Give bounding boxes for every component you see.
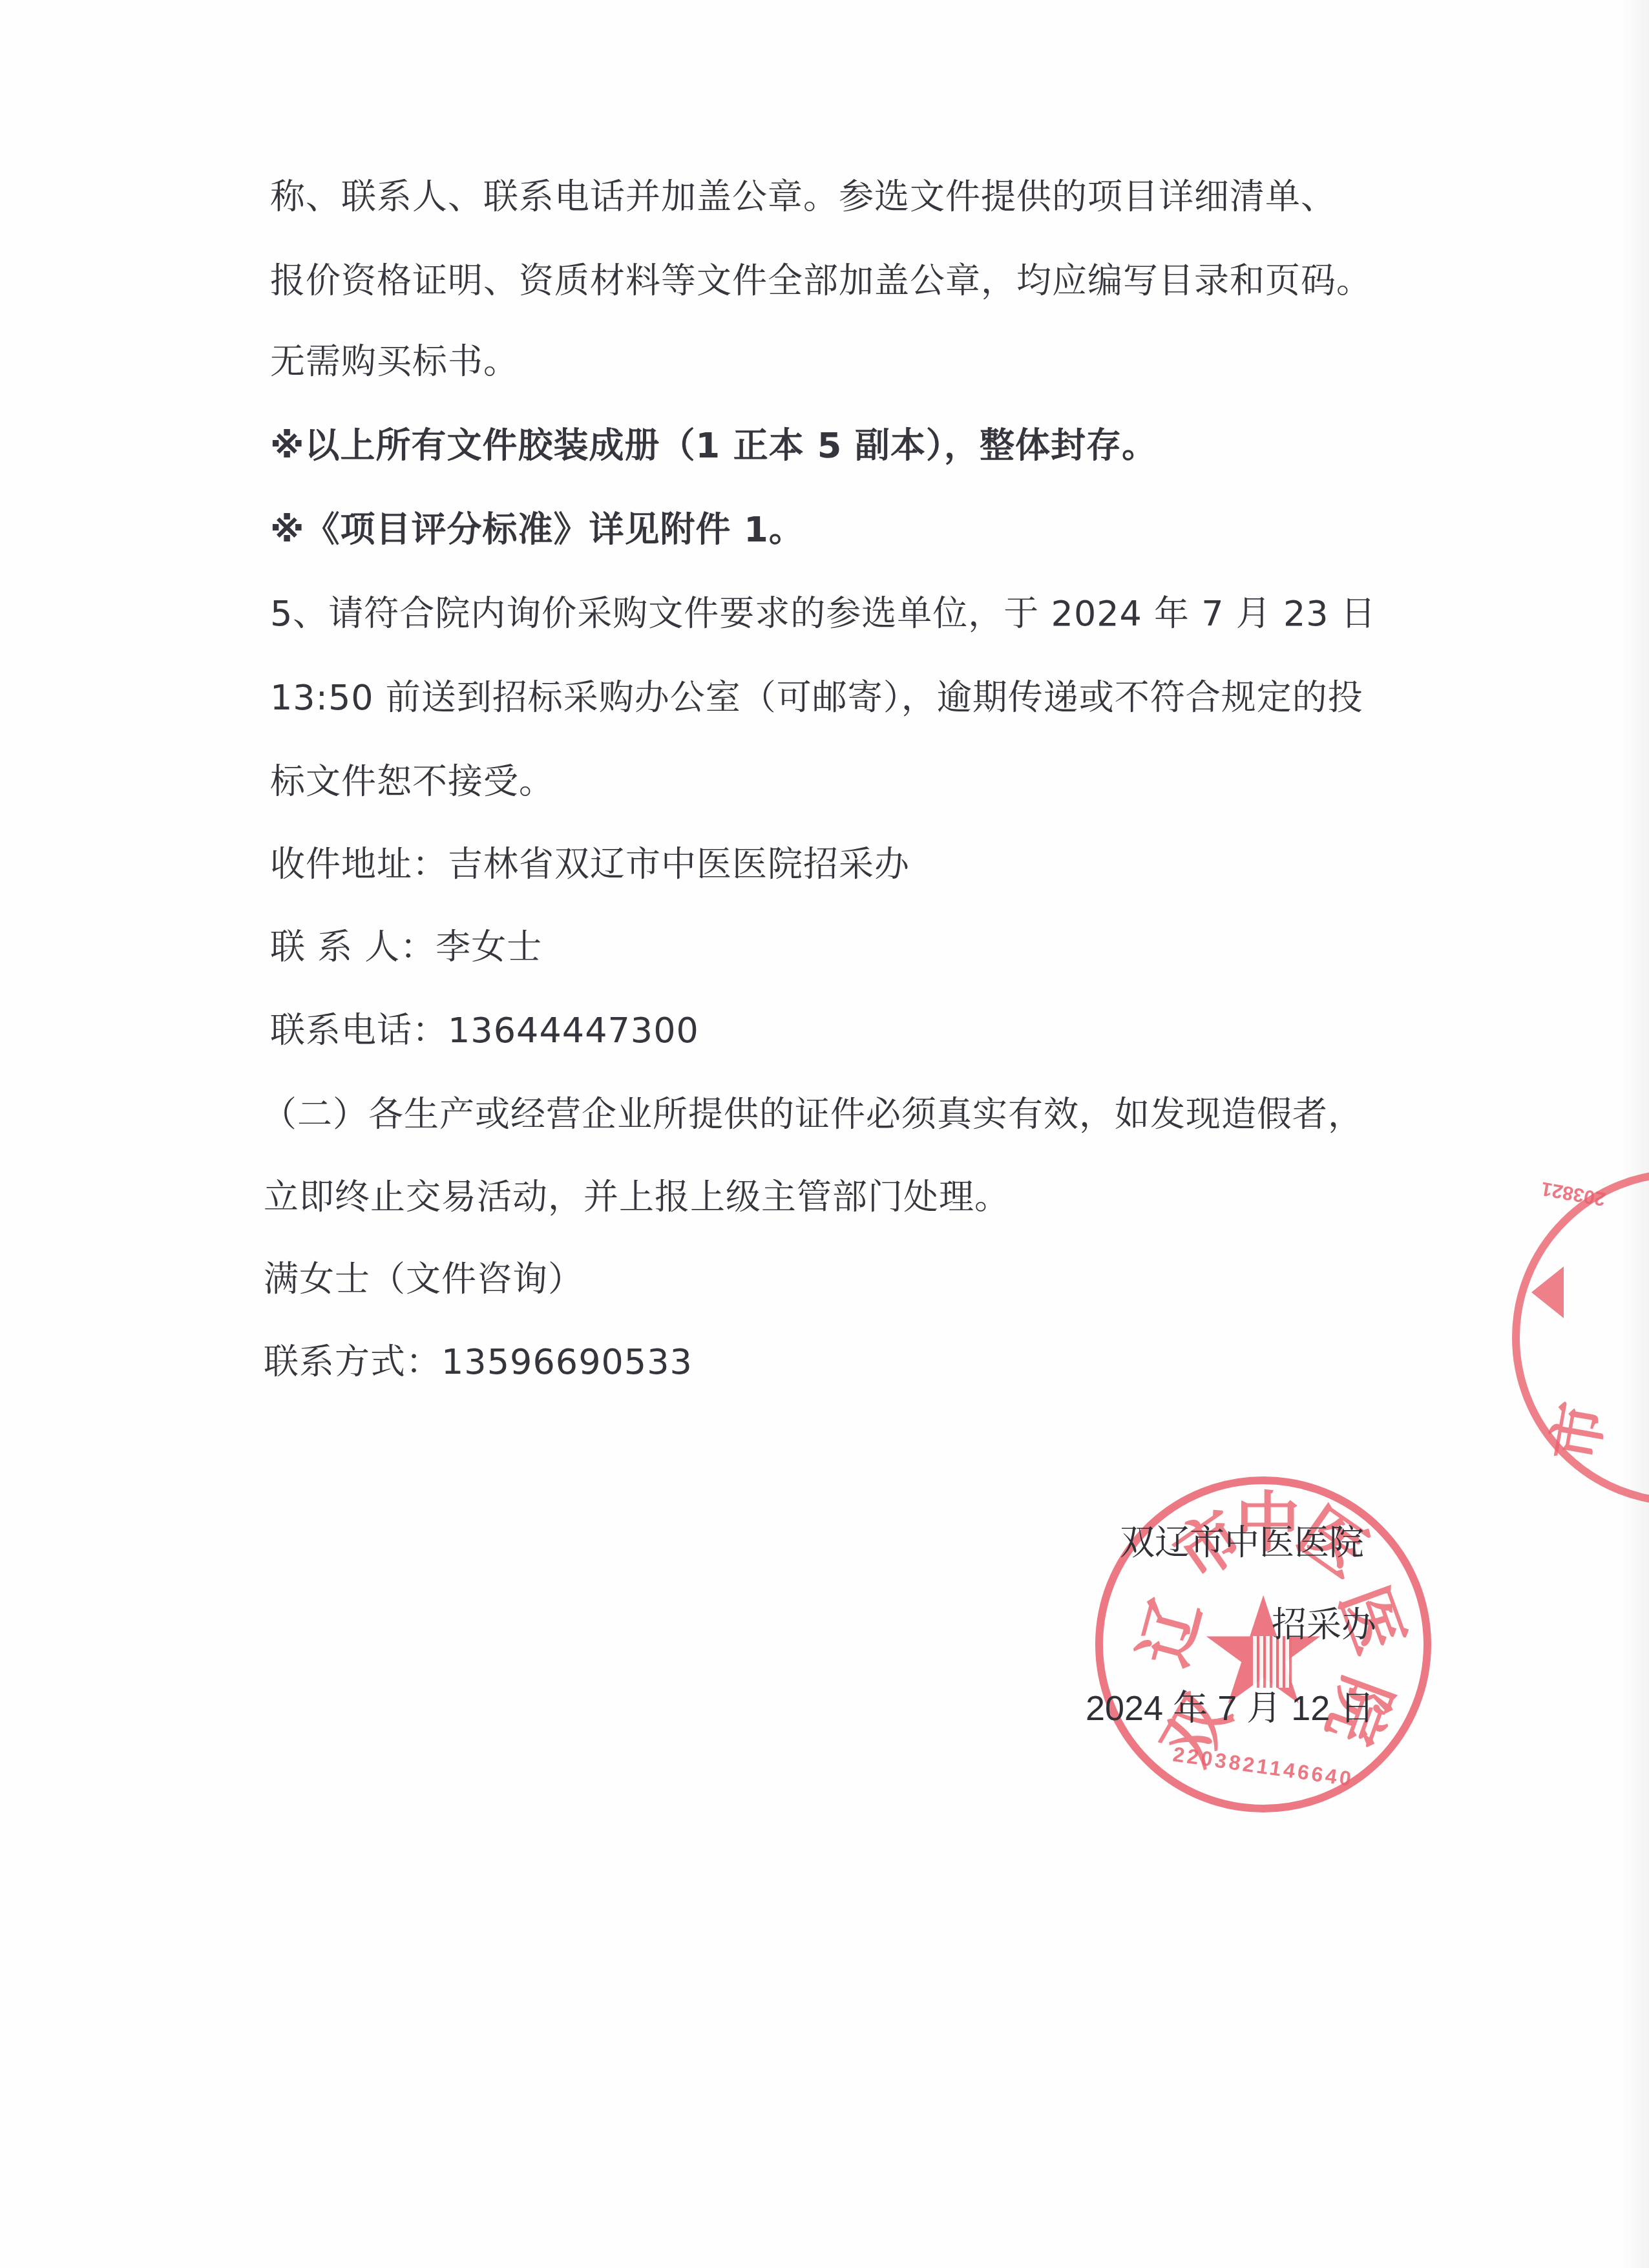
paragraph-deadline-line-1: 5、请符合院内询价采购文件要求的参选单位，于 2024 年 7 月 23 日: [270, 588, 1376, 640]
signature-organization: 双辽市中医医院: [1120, 1517, 1364, 1569]
paragraph-deadline-line-2: 13:50 前送到招标采购办公室（可邮寄），逾期传递或不符合规定的投: [270, 672, 1363, 724]
paragraph-line-3: 无需购买标书。: [270, 336, 519, 388]
contact-phone-line: 联系电话：13644447300: [270, 1005, 699, 1056]
note-binding-copies: ※以上所有文件胶装成册（1 正本 5 副本），整体封存。: [270, 420, 1157, 472]
document-page: 称、联系人、联系电话并加盖公章。参选文件提供的项目详细清单、 报价资格证明、资质…: [0, 0, 1649, 2268]
paragraph-authenticity-line-1: （二）各生产或经营企业所提供的证件必须真实有效，如发现造假者，: [262, 1089, 1363, 1140]
address-line: 收件地址：吉林省双辽市中医医院招采办: [270, 839, 910, 890]
inquiry-contact-line: 满女士（文件咨询）: [264, 1254, 583, 1305]
contact-person-line: 联 系 人：李女士: [270, 921, 542, 973]
signature-department: 招采办: [1272, 1599, 1376, 1651]
paragraph-authenticity-line-2: 立即终止交易活动，并上报上级主管部门处理。: [264, 1171, 1010, 1223]
paragraph-deadline-line-3: 标文件恕不接受。: [270, 756, 554, 808]
note-scoring-standard: ※《项目评分标准》详见附件 1。: [270, 504, 804, 556]
partial-seal-star-fragment-icon: [1531, 1266, 1564, 1318]
inquiry-phone-line: 联系方式：13596690533: [264, 1336, 693, 1388]
paragraph-line-2: 报价资格证明、资质材料等文件全部加盖公章，均应编写目录和页码。: [270, 255, 1372, 307]
partial-seal-code: 203821: [1540, 1177, 1607, 1210]
scan-edge-shadow: [1623, 0, 1649, 2268]
signature-date: 2024 年 7 月 12 日: [1086, 1683, 1374, 1734]
paragraph-line-1: 称、联系人、联系电话并加盖公章。参选文件提供的项目详细清单、: [270, 171, 1336, 223]
seal-registration-code: 2203821146640: [1171, 1743, 1355, 1792]
